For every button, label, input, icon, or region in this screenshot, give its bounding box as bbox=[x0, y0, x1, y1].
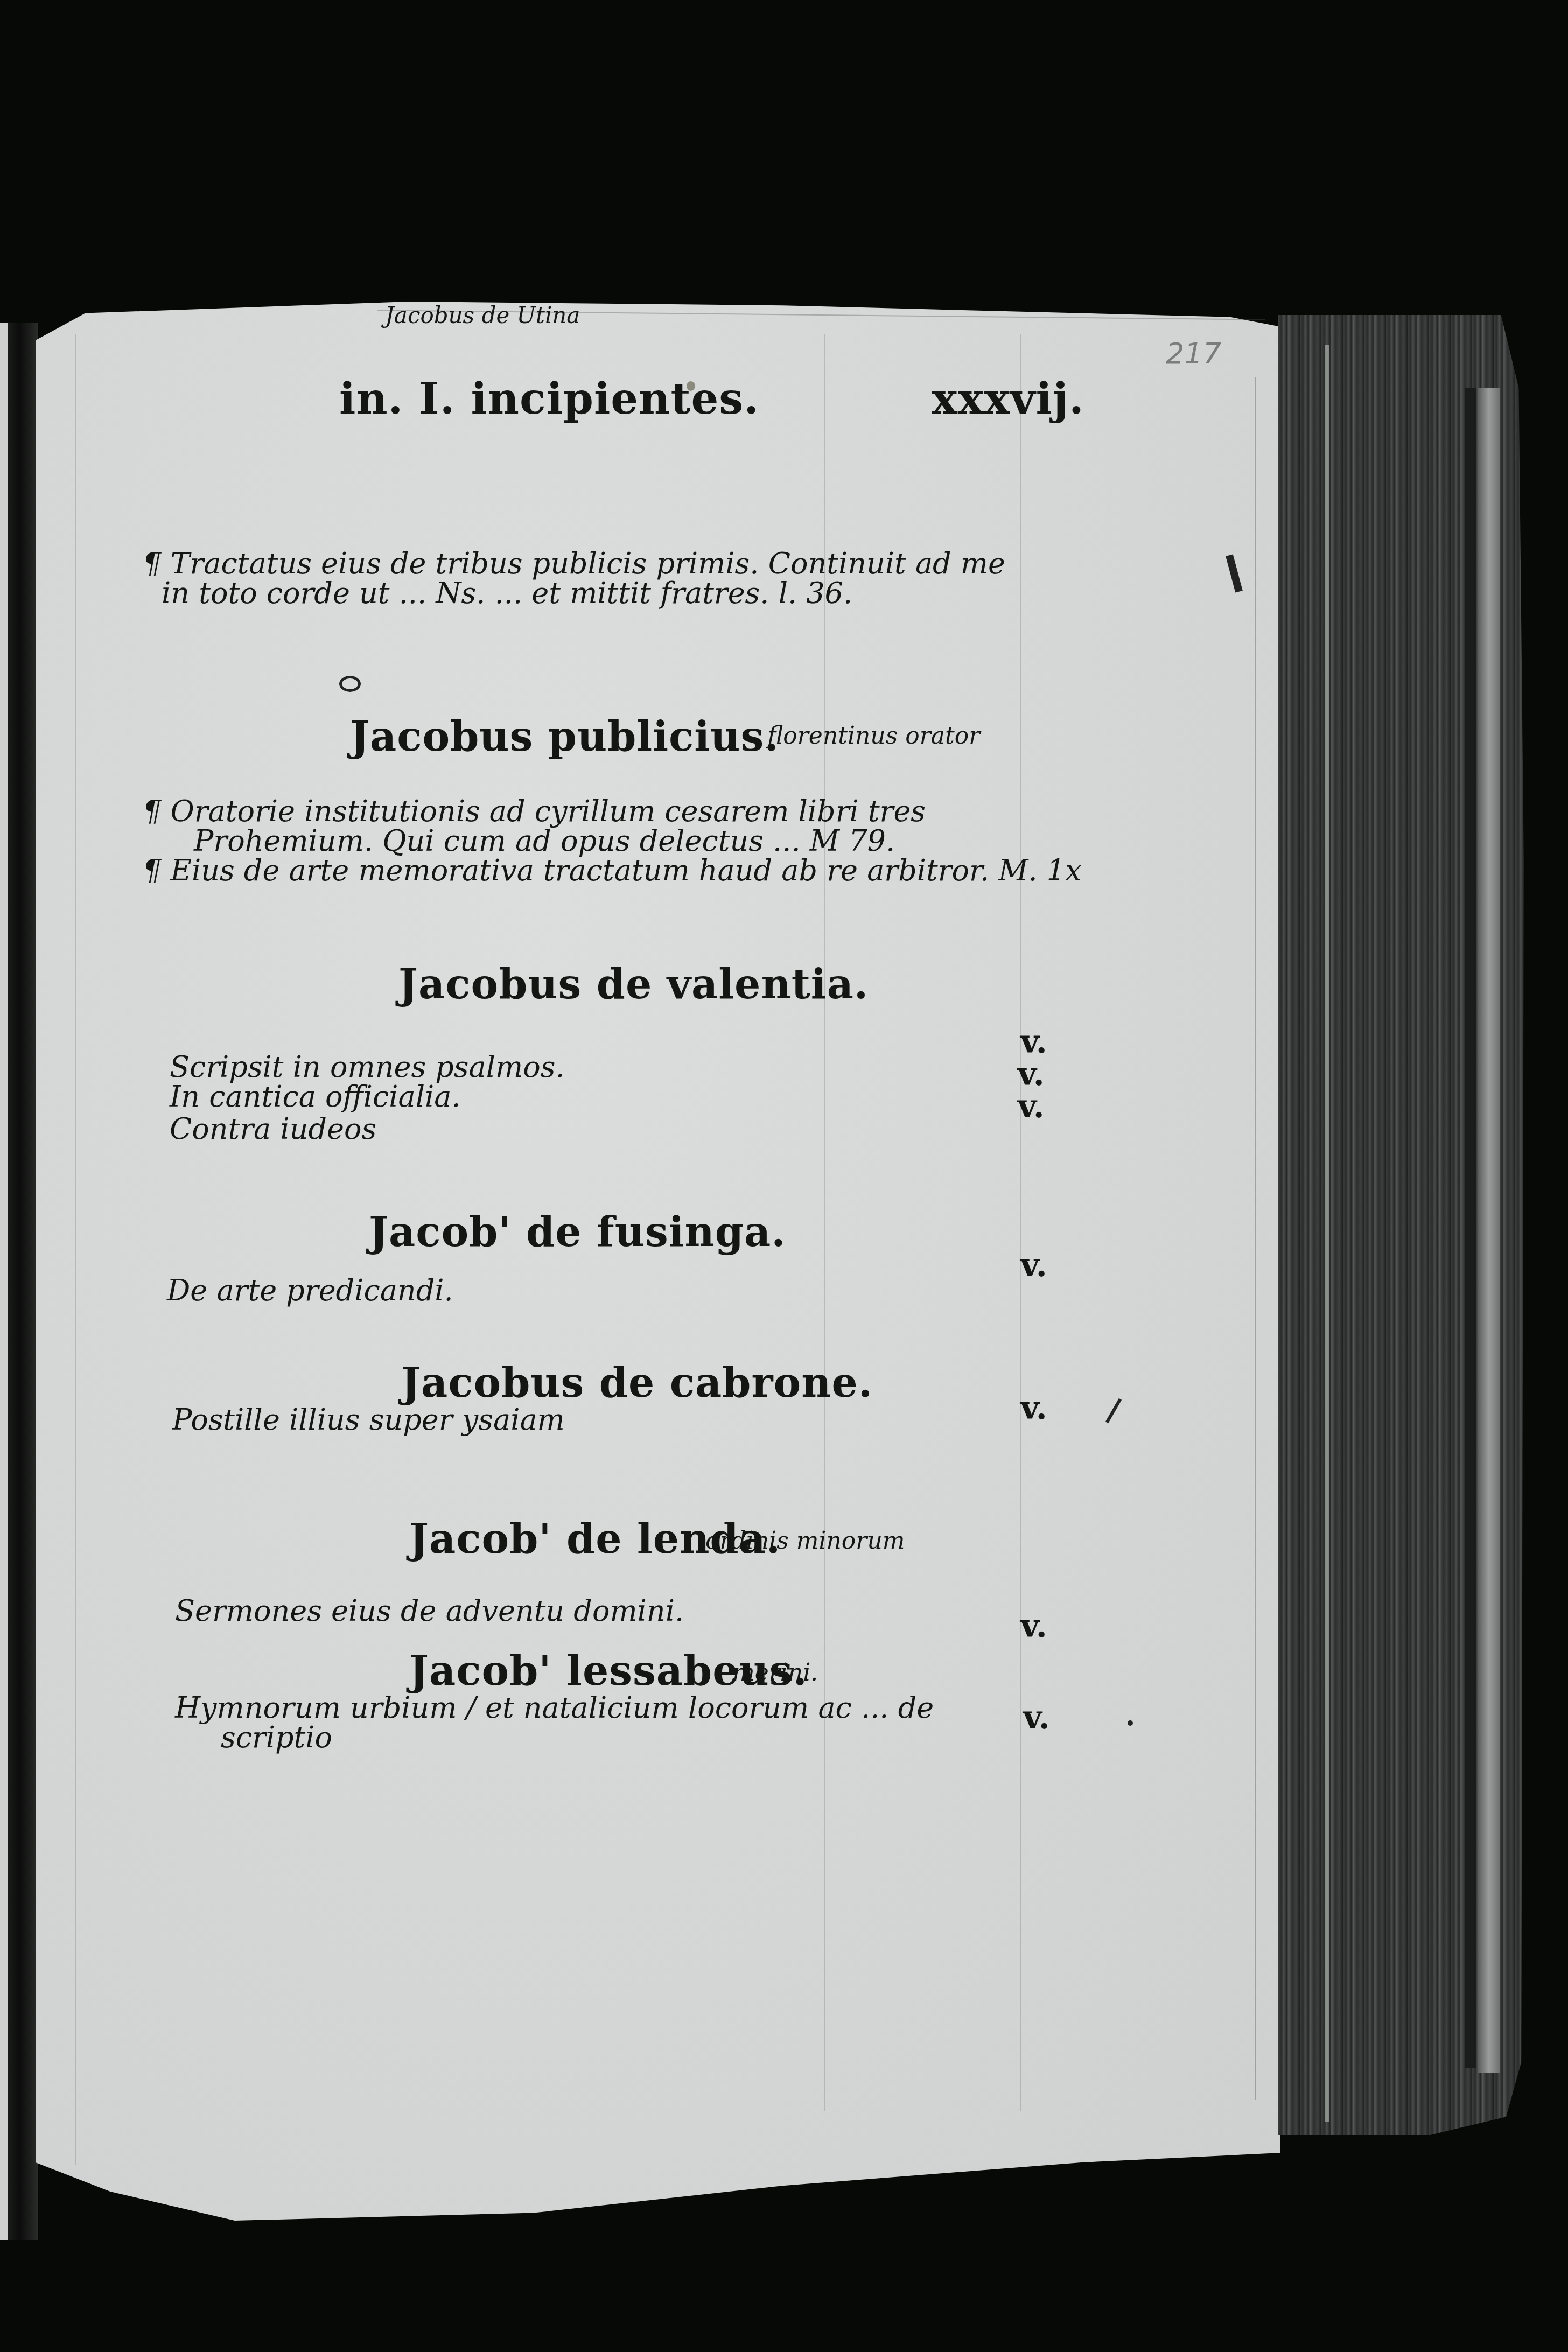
page-crease bbox=[1255, 377, 1256, 2100]
marginal-v-mark: v. bbox=[1020, 1392, 1047, 1424]
heading-note: merini. bbox=[732, 1661, 818, 1685]
entry-heading: Jacobus de valentia. bbox=[398, 964, 869, 1005]
book-edge-shadow bbox=[1465, 388, 1476, 2068]
entry-line: ¶ Oratorie institutionis ad cyrillum ces… bbox=[143, 797, 926, 826]
ink-dot bbox=[1128, 1720, 1133, 1726]
running-head: in. I. incipientes. bbox=[339, 377, 759, 420]
ruling-line-left bbox=[75, 334, 76, 2165]
ruling-line-right bbox=[1020, 334, 1021, 2111]
entry-line: Sermones eius de adventu domini. bbox=[175, 1597, 684, 1626]
folio-number-roman: xxxvij. bbox=[932, 377, 1084, 420]
heading-note: florentinus orator bbox=[767, 724, 980, 748]
heading-note: ordinis minorum bbox=[705, 1529, 905, 1553]
book-cover-edge bbox=[1478, 388, 1500, 2073]
entry-line: Scripsit in omnes psalmos. bbox=[170, 1053, 565, 1082]
top-marginal-note: Jacobus de Utina bbox=[385, 304, 580, 327]
book-edge-highlight bbox=[1325, 345, 1329, 2122]
entry-line: Postille illius super ysaiam bbox=[172, 1405, 565, 1434]
entry-heading: Jacobus de cabrone. bbox=[401, 1362, 873, 1403]
marginal-v-mark: v. bbox=[1020, 1026, 1047, 1058]
entry-heading: Jacob' de fusinga. bbox=[369, 1212, 786, 1252]
gutter-shadow bbox=[8, 323, 38, 2240]
folio-number-pencil: 217 bbox=[1166, 337, 1221, 370]
paper-stain bbox=[687, 381, 695, 391]
entry-line: in toto corde ut ... Ns. ... et mittit f… bbox=[162, 579, 852, 608]
entry-line: ¶ Tractatus eius de tribus publicis prim… bbox=[143, 549, 1005, 578]
entry-line: Hymnorum urbium / et natalicium locorum … bbox=[175, 1693, 934, 1723]
marginal-v-mark: v. bbox=[1020, 1610, 1047, 1642]
marginal-v-mark: v. bbox=[1018, 1058, 1045, 1090]
marginal-v-mark: v. bbox=[1023, 1702, 1050, 1734]
entry-heading: Jacobus publicius. bbox=[350, 716, 779, 757]
marginal-v-mark: v. bbox=[1020, 1249, 1047, 1282]
entry-line: ¶ Eius de arte memorativa tractatum haud… bbox=[143, 856, 1082, 885]
ink-mark bbox=[339, 676, 361, 692]
entry-line: In cantica officialia. bbox=[170, 1082, 461, 1111]
entry-line: Contra iudeos bbox=[170, 1115, 376, 1144]
marginal-v-mark: v. bbox=[1018, 1090, 1045, 1123]
entry-line: scriptio bbox=[221, 1723, 332, 1752]
entry-line: De arte predicandi. bbox=[167, 1276, 453, 1305]
entry-line: Prohemium. Qui cum ad opus delectus ... … bbox=[194, 827, 895, 856]
